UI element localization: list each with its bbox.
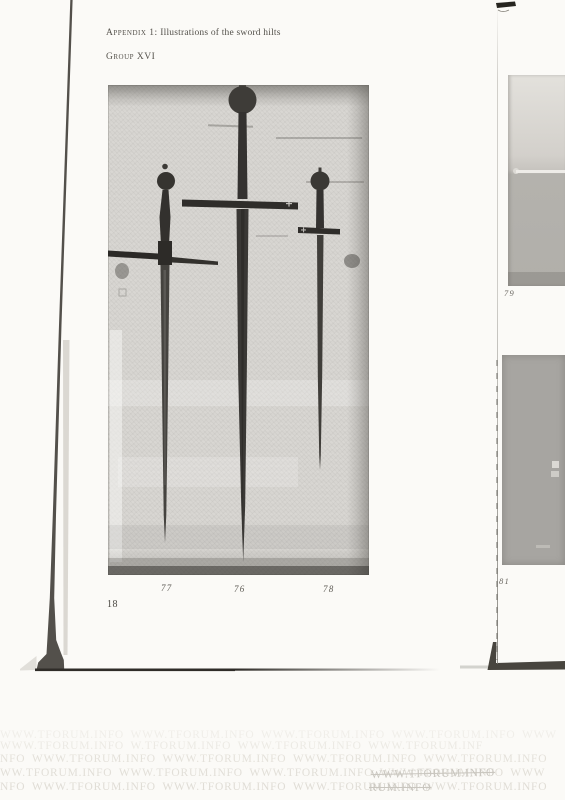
page-number: 18 bbox=[107, 599, 118, 610]
photo-light-streak bbox=[536, 545, 550, 548]
sword-77-guard-block bbox=[158, 241, 172, 265]
top-right-squiggle bbox=[498, 10, 509, 12]
top-right-ink-dash bbox=[496, 2, 516, 9]
appendix-label: Appendix 1: bbox=[106, 28, 158, 38]
appendix-title-text: Illustrations of the sword hilts bbox=[160, 28, 280, 38]
adjacent-page-edge-dash bbox=[496, 360, 498, 660]
caption-81: 81 bbox=[499, 576, 510, 586]
sword-77-crossguard-right bbox=[172, 257, 218, 265]
adjacent-photo-crossbar bbox=[516, 170, 565, 173]
caption-76: 76 bbox=[234, 584, 245, 594]
sword-77-grip bbox=[160, 190, 171, 245]
spine-highlight bbox=[63, 340, 70, 655]
appendix-heading: Appendix 1: Illustrations of the sword h… bbox=[106, 28, 281, 38]
watermark-overlay: WWW.TFORUM.INFO bbox=[371, 767, 495, 781]
wall-blob bbox=[344, 254, 360, 268]
watermark-row: WWW.TFORUM.INFO W.TFORUM.INFO WWW.TFORUM… bbox=[0, 740, 565, 752]
wall-blob bbox=[115, 263, 129, 279]
scanned-book-page: Appendix 1: Illustrations of the sword h… bbox=[0, 0, 565, 800]
watermark-row: NFO WWW.TFORUM.INFO WWW.TFORUM.INFO WWW.… bbox=[0, 781, 565, 793]
sword-78-crossguard bbox=[298, 227, 340, 235]
adjacent-photo-top bbox=[508, 75, 565, 286]
sword-78-grip bbox=[316, 190, 324, 228]
page-bottom-edge-fade bbox=[235, 669, 440, 671]
sword-77-crossguard-left bbox=[108, 251, 158, 260]
sword-76-pommel bbox=[229, 86, 257, 114]
swords-drawing bbox=[108, 85, 369, 575]
sword-77-pommel bbox=[157, 172, 175, 190]
spine-base-highlight bbox=[20, 656, 37, 671]
sword-78 bbox=[298, 168, 340, 471]
spine-shadow bbox=[37, 0, 73, 670]
page-bottom-edge bbox=[35, 669, 235, 672]
watermark-row: NFO WWW.TFORUM.INFO WWW.TFORUM.INFO WWW.… bbox=[0, 753, 565, 765]
sword-78-blade bbox=[317, 235, 324, 470]
sword-76 bbox=[182, 85, 298, 562]
adjacent-corner-fade bbox=[460, 666, 490, 669]
caption-77: 77 bbox=[161, 583, 172, 593]
caption-79: 79 bbox=[504, 288, 515, 298]
sword-78-tang-button bbox=[319, 168, 322, 173]
adjacent-photo-bottom bbox=[502, 355, 565, 565]
adjacent-photo-foot-shadow bbox=[508, 272, 565, 286]
sword-photograph bbox=[108, 85, 369, 575]
photo-label-speck bbox=[552, 461, 559, 468]
group-heading: Group XVI bbox=[106, 52, 155, 62]
sword-77 bbox=[108, 164, 218, 543]
sword-78-pommel bbox=[311, 172, 330, 191]
wall-mark bbox=[119, 289, 126, 296]
photo-label-speck bbox=[551, 471, 559, 477]
caption-78: 78 bbox=[323, 584, 334, 594]
sword-77-tang-button bbox=[162, 164, 168, 170]
sword-76-crossguard bbox=[182, 200, 298, 210]
watermark-overlay: RUM.INFO bbox=[369, 782, 431, 794]
sword-76-grip bbox=[238, 112, 248, 199]
adjacent-page-corner bbox=[488, 642, 565, 670]
